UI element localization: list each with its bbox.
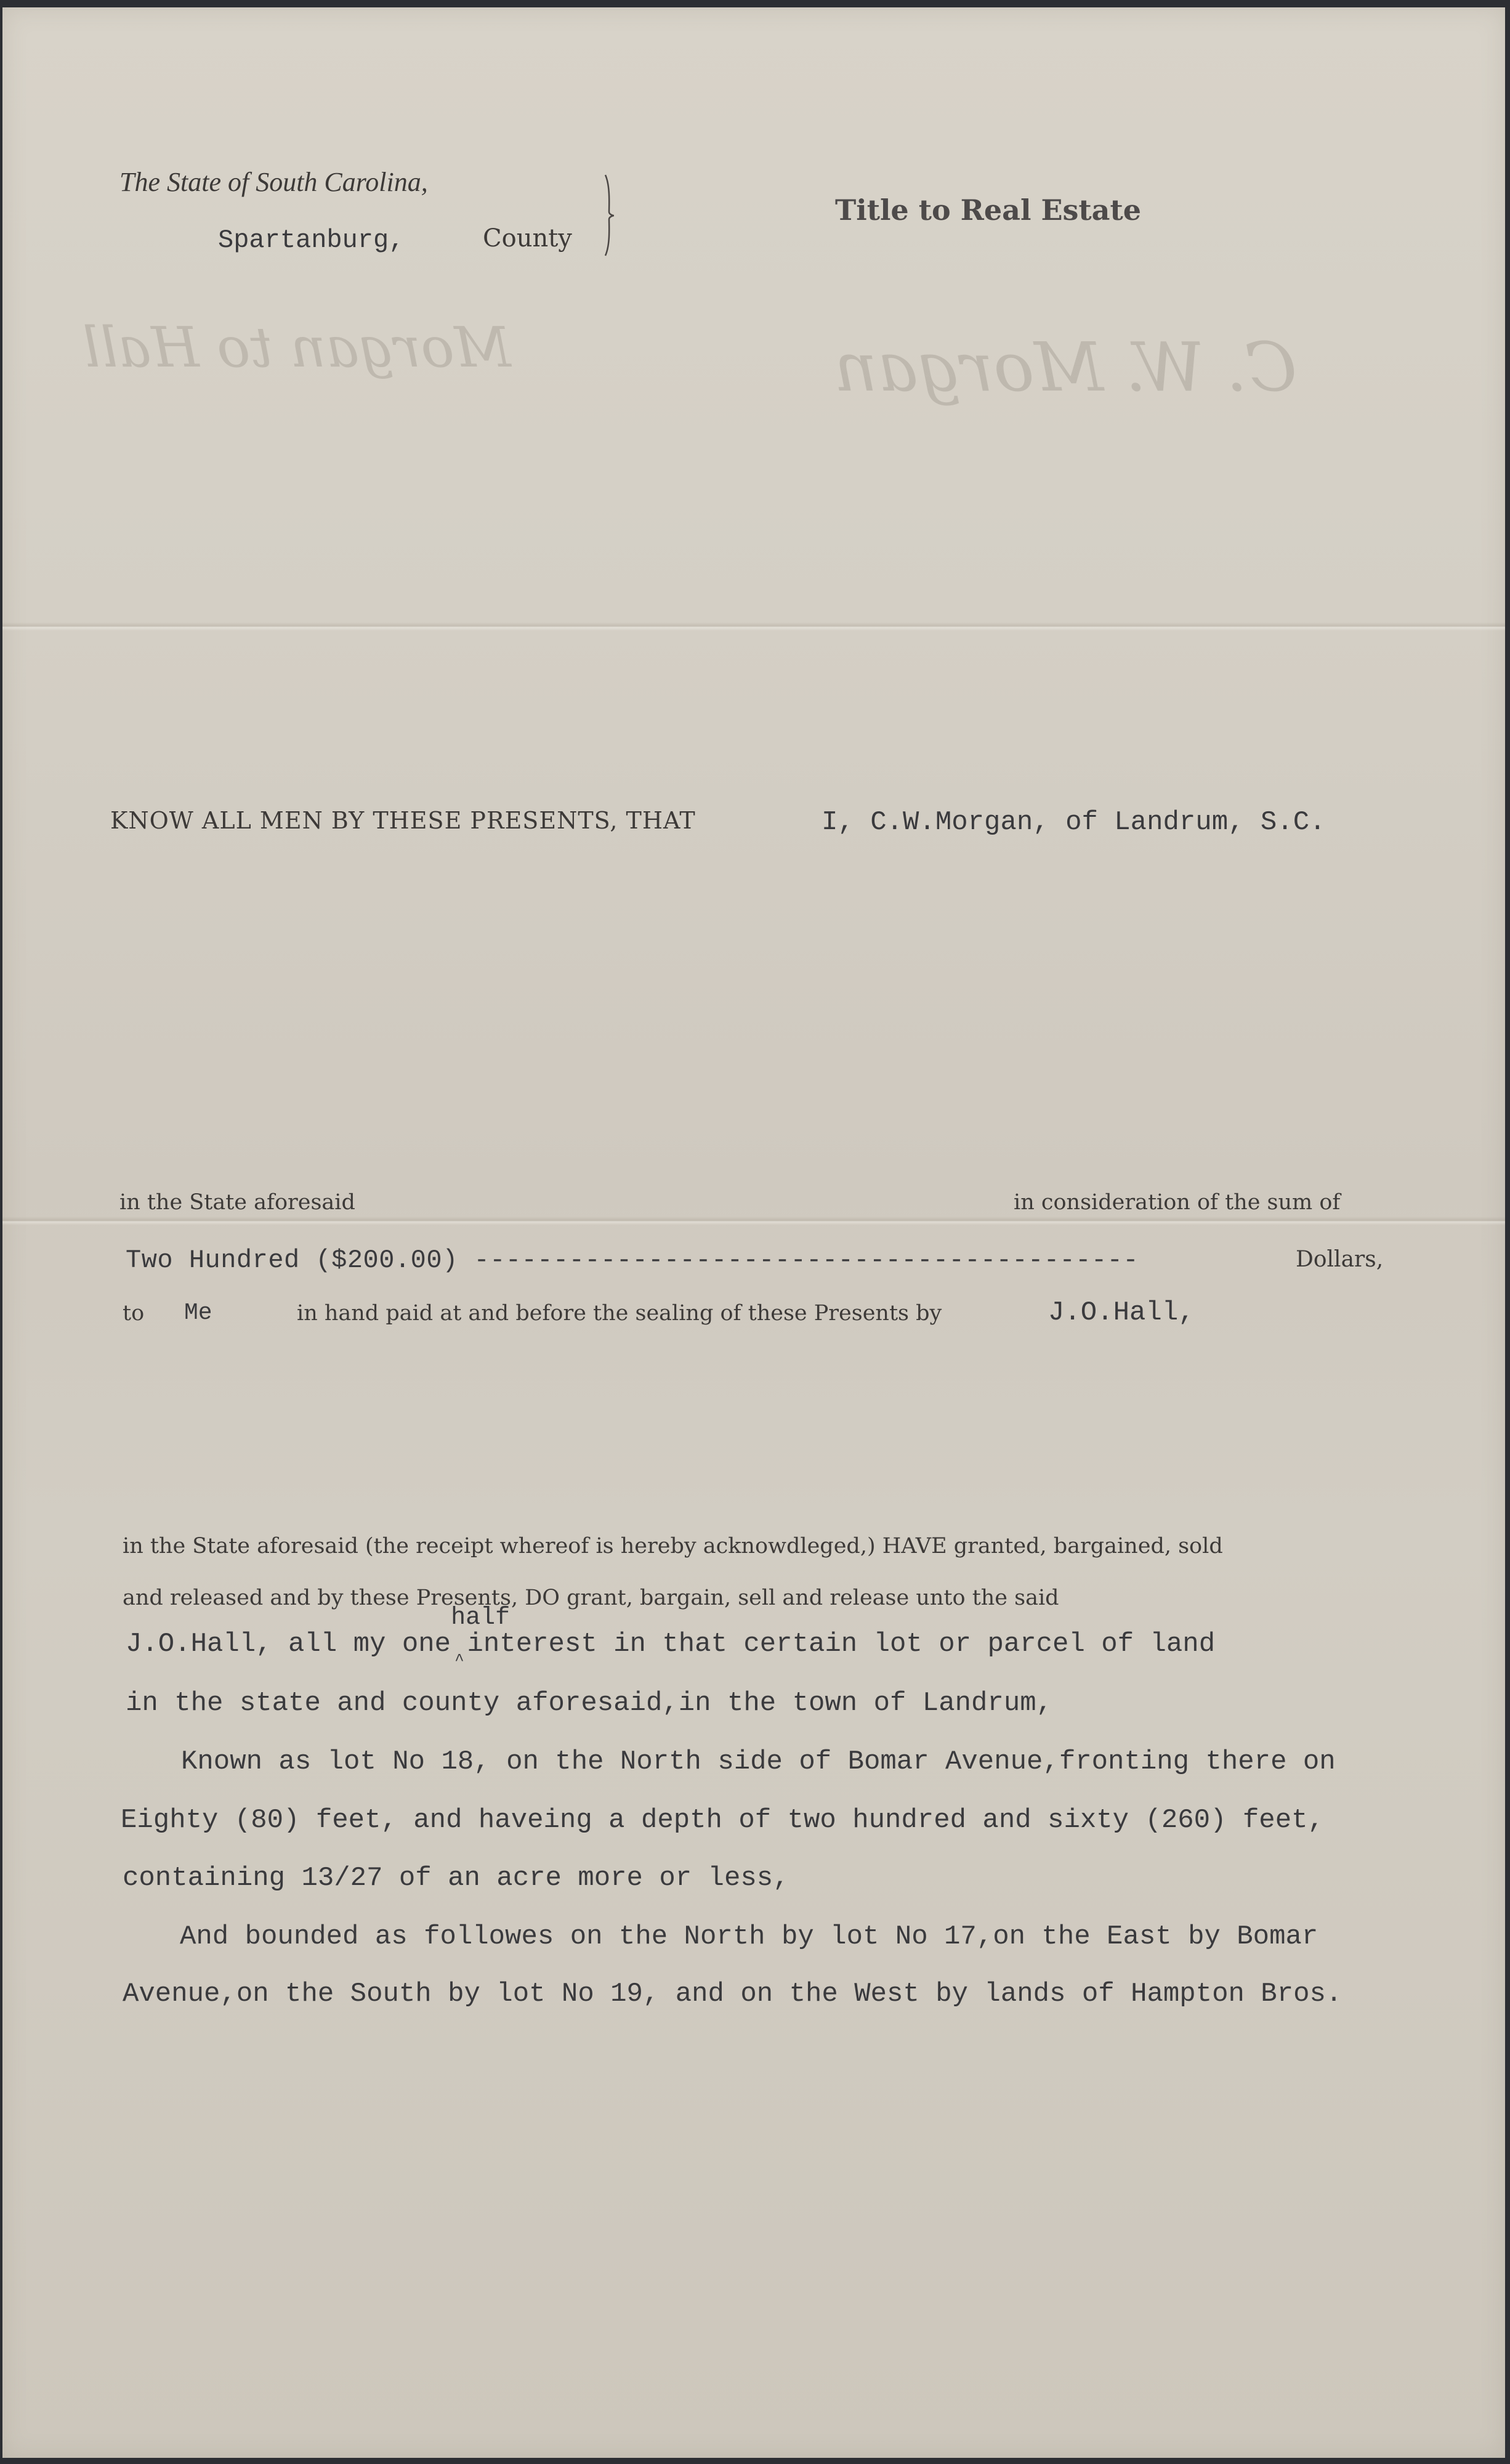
- state-heading: The State of South Carolina,: [119, 166, 428, 198]
- state-aforesaid-printed: in the State aforesaid: [119, 1190, 355, 1215]
- to-printed: to: [123, 1301, 144, 1326]
- description-line-4: And bounded as followes on the North by …: [180, 1921, 1318, 1952]
- preamble-printed: KNOW ALL MEN BY THESE PRESENTS, THAT: [110, 807, 696, 834]
- grantee-typed: J.O.Hall,: [1048, 1297, 1195, 1328]
- grant-line-3-typed: J.O.Hall, all my onehalf^ interest in th…: [126, 1629, 1215, 1660]
- description-line-3: containing 13/27 of an acre more or less…: [123, 1863, 789, 1894]
- caret-icon: ^: [454, 1651, 464, 1669]
- description-line-2: Eighty (80) feet, and haveing a depth of…: [121, 1805, 1324, 1836]
- showthrough-handwriting-right: C. W. Morgan: [834, 328, 1297, 407]
- grant-line-3-before: J.O.Hall, all my one: [126, 1629, 451, 1660]
- grant-line-2: and released and by these Presents, DO g…: [123, 1586, 1059, 1610]
- deed-page: Morgan to Hall C. W. Morgan The State of…: [2, 7, 1505, 2458]
- showthrough-handwriting-left: Morgan to Hall: [83, 315, 511, 380]
- insert-half: half: [451, 1604, 510, 1632]
- consideration-printed: in consideration of the sum of: [1014, 1190, 1340, 1215]
- county-label: County: [483, 224, 572, 253]
- grant-line-4-typed: in the state and county aforesaid,in the…: [126, 1688, 1052, 1719]
- document-title: Title to Real Estate: [835, 193, 1141, 227]
- grant-line-1: in the State aforesaid (the receipt wher…: [123, 1534, 1223, 1558]
- brace-icon: [603, 174, 616, 257]
- amount-typed: Two Hundred ($200.00) ------------------…: [126, 1246, 1139, 1275]
- paid-printed: in hand paid at and before the sealing o…: [297, 1301, 942, 1326]
- description-line-5: Avenue,on the South by lot No 19, and on…: [123, 1979, 1342, 2009]
- to-whom-typed: Me: [184, 1300, 212, 1326]
- grantor-typed: I, C.W.Morgan, of Landrum, S.C.: [822, 807, 1326, 838]
- description-line-1: Known as lot No 18, on the North side of…: [181, 1746, 1336, 1777]
- fold-crease-upper: [2, 622, 1505, 631]
- dollars-printed: Dollars,: [1296, 1247, 1383, 1272]
- grant-line-3-after: interest in that certain lot or parcel o…: [467, 1629, 1216, 1660]
- fold-crease-lower: [2, 1217, 1505, 1225]
- county-name-typed: Spartanburg,: [218, 225, 404, 255]
- caret-insertion: half^: [451, 1629, 467, 1660]
